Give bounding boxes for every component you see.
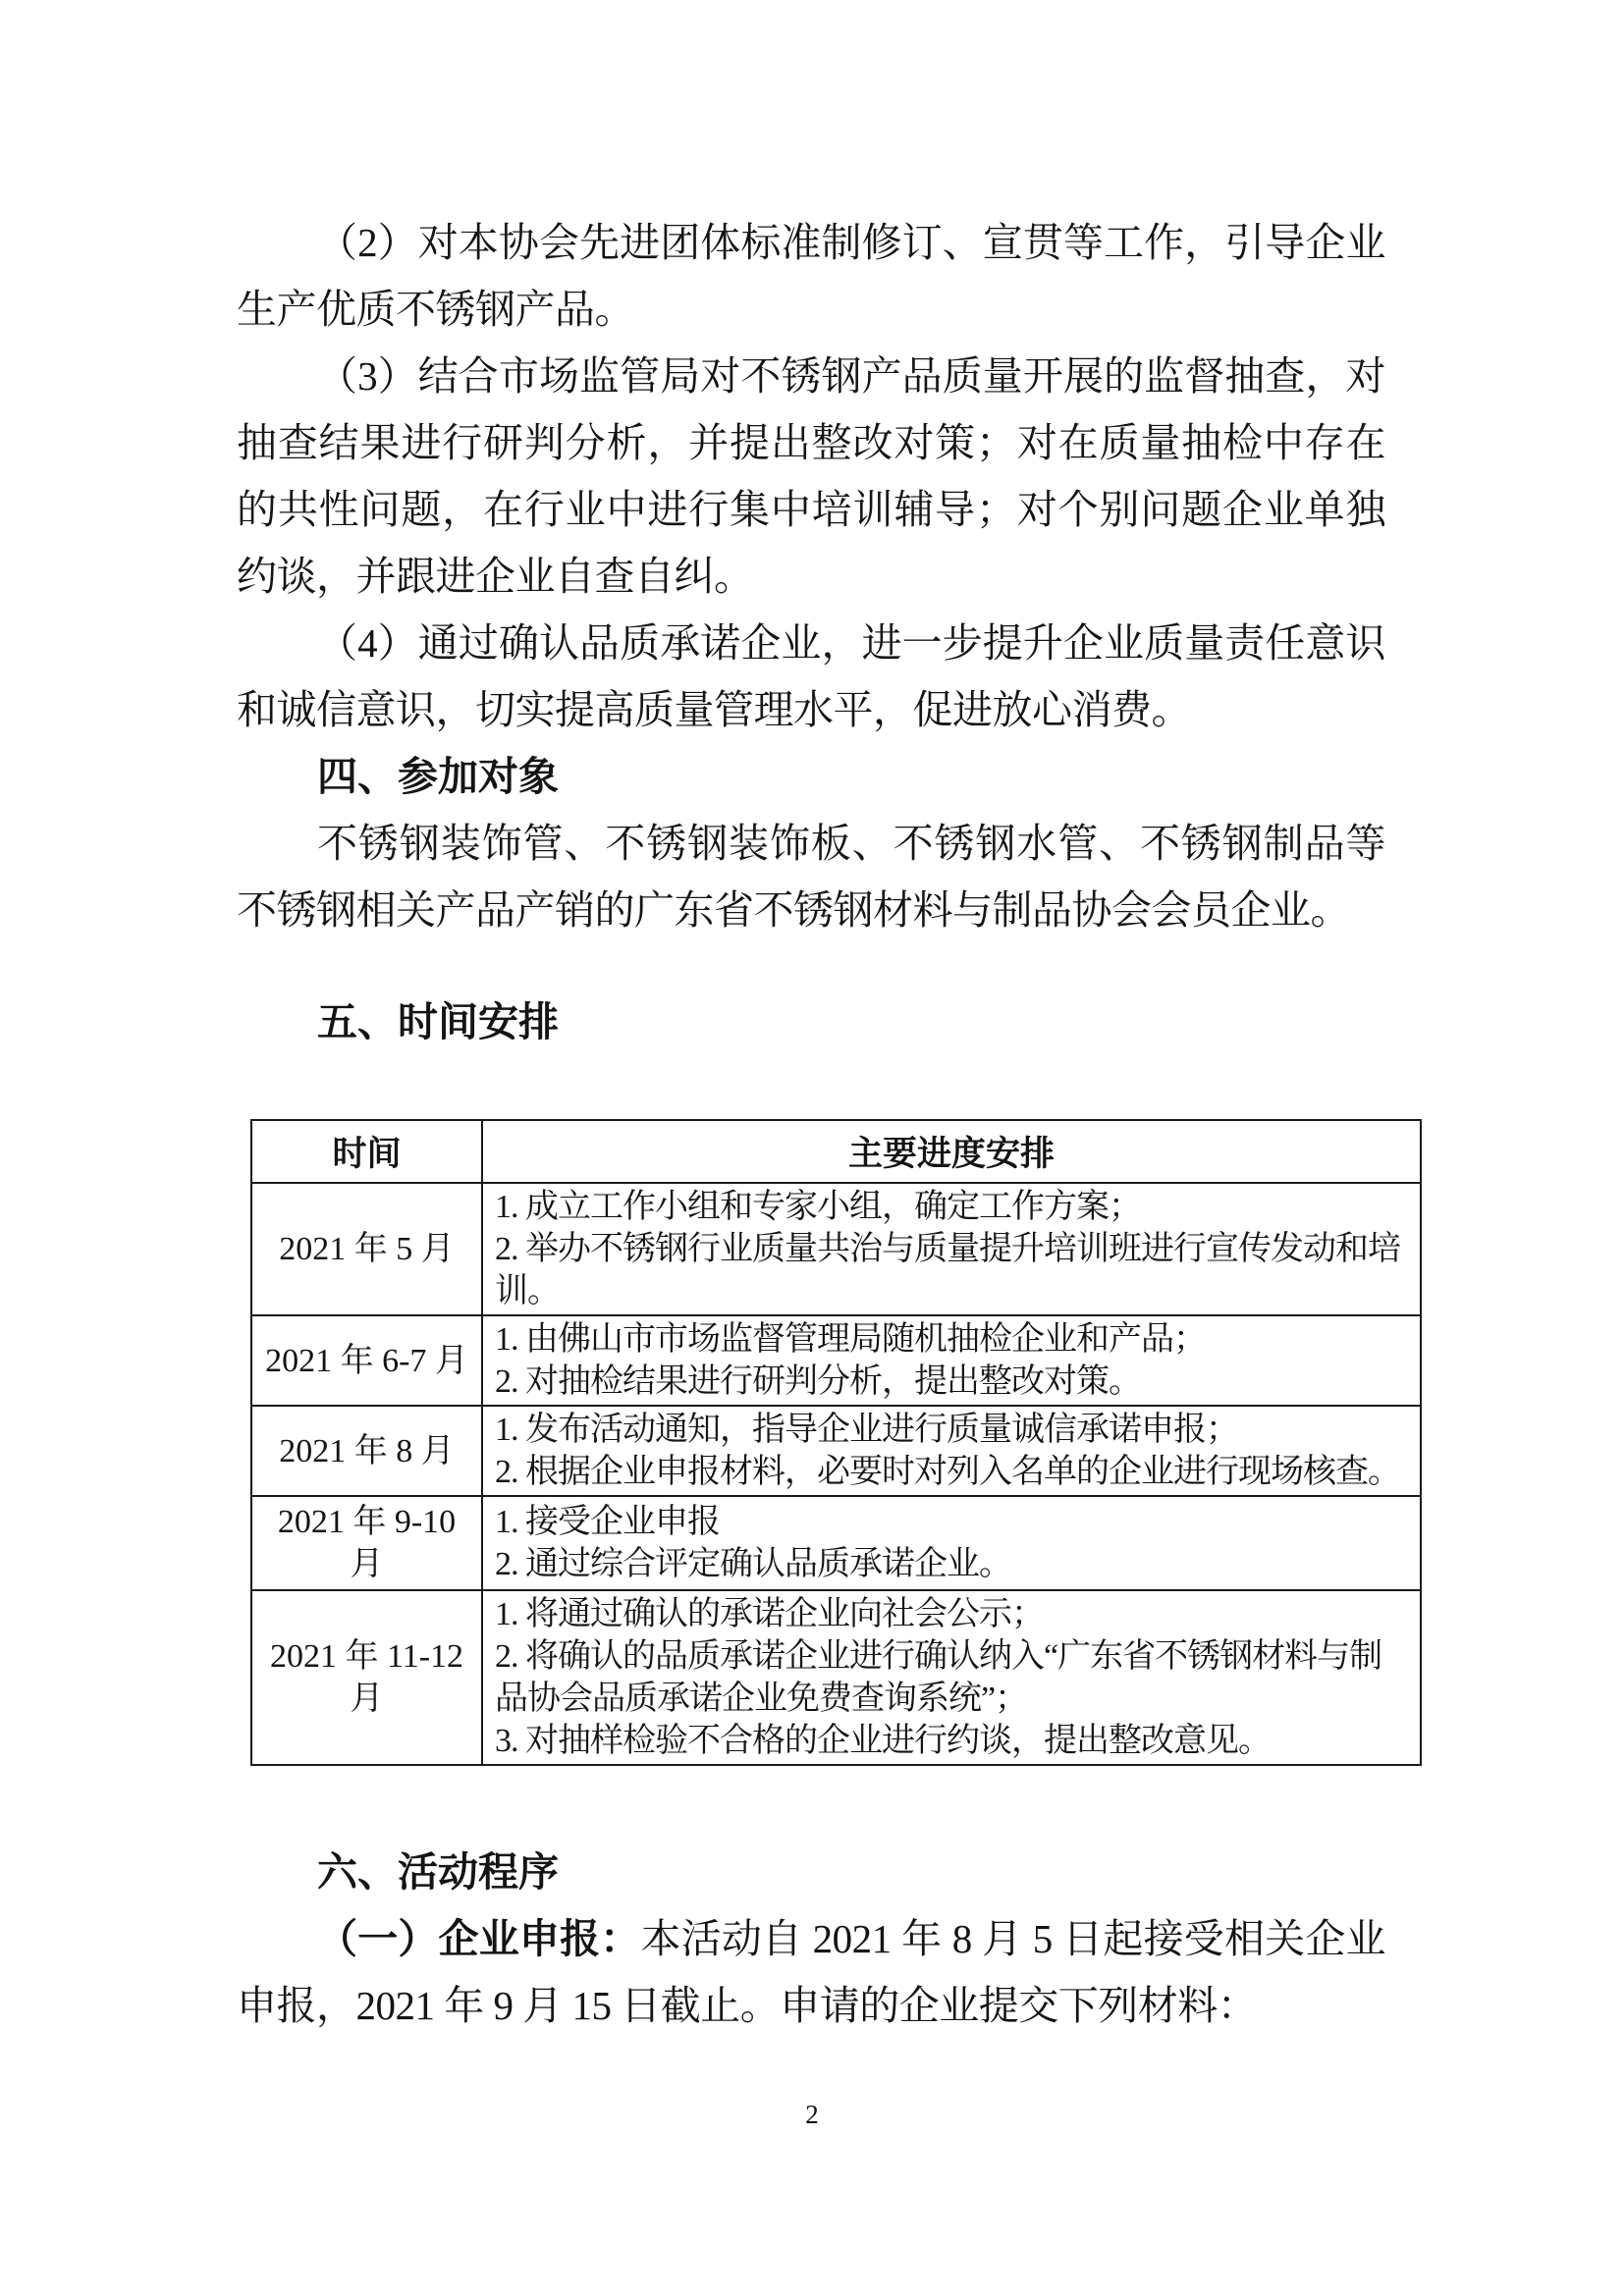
table-header-time: 时间 [251, 1120, 482, 1183]
paragraph-participants: 不锈钢装饰管、不锈钢装饰板、不锈钢水管、不锈钢制品等不锈钢相关产品产销的广东省不… [237, 810, 1385, 943]
plan-cell: 1. 发布活动通知，指导企业进行质量诚信承诺申报； 2. 根据企业申报材料，必要… [482, 1406, 1421, 1496]
table-row-nov-dec: 2021 年 11-12 月 1. 将通过确认的承诺企业向社会公示； 2. 将确… [251, 1590, 1421, 1765]
task-line: 1. 接受企业申报 [495, 1501, 1408, 1543]
task-line: 1. 将通过确认的承诺企业向社会公示； [495, 1593, 1408, 1635]
table-row-aug: 2021 年 8 月 1. 发布活动通知，指导企业进行质量诚信承诺申报； 2. … [251, 1406, 1421, 1496]
paragraph-point-3: （3）结合市场监管局对不锈钢产品质量开展的监督抽查，对抽查结果进行研判分析，并提… [237, 343, 1385, 610]
time-cell: 2021 年 6-7 月 [251, 1315, 482, 1406]
paragraph-point-2: （2）对本协会先进团体标准制修订、宣贯等工作，引导企业生产优质不锈钢产品。 [237, 209, 1385, 343]
table-row-sep-oct: 2021 年 9-10 月 1. 接受企业申报 2. 通过综合评定确认品质承诺企… [251, 1496, 1421, 1590]
table-row-jun-jul: 2021 年 6-7 月 1. 由佛山市市场监督管理局随机抽检企业和产品； 2.… [251, 1315, 1421, 1406]
apply-label: （一）企业申报： [317, 1916, 640, 1961]
table-header-row: 时间 主要进度安排 [251, 1120, 1421, 1183]
page-number: 2 [0, 2099, 1624, 2130]
task-line: 2. 根据企业申报材料，必要时对列入名单的企业进行现场核查。 [495, 1451, 1408, 1493]
plan-cell: 1. 接受企业申报 2. 通过综合评定确认品质承诺企业。 [482, 1496, 1421, 1590]
plan-cell: 1. 由佛山市市场监督管理局随机抽检企业和产品； 2. 对抽检结果进行研判分析，… [482, 1315, 1421, 1406]
table-row-may: 2021 年 5 月 1. 成立工作小组和专家小组，确定工作方案； 2. 举办不… [251, 1183, 1421, 1315]
time-cell: 2021 年 9-10 月 [251, 1496, 482, 1590]
time-cell: 2021 年 11-12 月 [251, 1590, 482, 1765]
task-line: 2. 通过综合评定确认品质承诺企业。 [495, 1543, 1408, 1585]
heading-section-five: 五、时间安排 [237, 988, 1385, 1055]
table-header-plan: 主要进度安排 [482, 1120, 1421, 1183]
paragraph-point-4: （4）通过确认品质承诺企业，进一步提升企业质量责任意识和诚信意识，切实提高质量管… [237, 610, 1385, 743]
task-line: 1. 由佛山市市场监督管理局随机抽检企业和产品； [495, 1318, 1408, 1361]
time-cell: 2021 年 5 月 [251, 1183, 482, 1315]
task-line: 2. 举办不锈钢行业质量共治与质量提升培训班进行宣传发动和培训。 [495, 1228, 1408, 1312]
schedule-table: 时间 主要进度安排 2021 年 5 月 1. 成立工作小组和专家小组，确定工作… [250, 1119, 1422, 1766]
document-body-lower: 六、活动程序 （一）企业申报：本活动自 2021 年 8 月 5 日起接受相关企… [237, 1839, 1385, 2039]
task-line: 3. 对抽样检验不合格的企业进行约谈，提出整改意见。 [495, 1720, 1408, 1762]
paragraph-apply: （一）企业申报：本活动自 2021 年 8 月 5 日起接受相关企业申报，202… [237, 1905, 1385, 2039]
task-line: 1. 发布活动通知，指导企业进行质量诚信承诺申报； [495, 1409, 1408, 1451]
plan-cell: 1. 将通过确认的承诺企业向社会公示； 2. 将确认的品质承诺企业进行确认纳入“… [482, 1590, 1421, 1765]
document-body-upper: （2）对本协会先进团体标准制修订、宣贯等工作，引导企业生产优质不锈钢产品。 （3… [237, 209, 1385, 1055]
plan-cell: 1. 成立工作小组和专家小组，确定工作方案； 2. 举办不锈钢行业质量共治与质量… [482, 1183, 1421, 1315]
task-line: 1. 成立工作小组和专家小组，确定工作方案； [495, 1186, 1408, 1228]
heading-section-four: 四、参加对象 [237, 743, 1385, 810]
task-line: 2. 将确认的品质承诺企业进行确认纳入“广东省不锈钢材料与制品协会品质承诺企业免… [495, 1635, 1408, 1720]
document-page: （2）对本协会先进团体标准制修订、宣贯等工作，引导企业生产优质不锈钢产品。 （3… [0, 0, 1624, 2296]
time-cell: 2021 年 8 月 [251, 1406, 482, 1496]
heading-section-six: 六、活动程序 [237, 1839, 1385, 1905]
task-line: 2. 对抽检结果进行研判分析，提出整改对策。 [495, 1361, 1408, 1403]
